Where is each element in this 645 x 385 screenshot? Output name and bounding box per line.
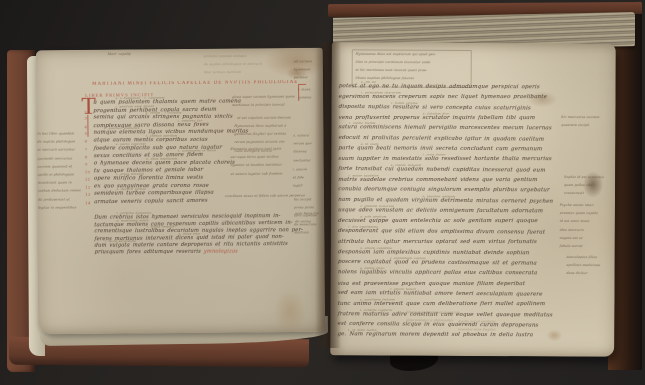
margin-gloss-line: negata est ut bbox=[559, 236, 598, 241]
margin-gloss-line: hic mercurius uxorem bbox=[561, 115, 600, 120]
interlinear-gloss: i. iovis frater bbox=[423, 153, 446, 157]
verse-number: 3 bbox=[84, 116, 87, 121]
margin-gloss-line: id est amor tenet bbox=[559, 220, 598, 225]
faded-annotation-line: liber primus martiani bbox=[204, 71, 263, 76]
margin-gloss-line: prosa primi bbox=[294, 206, 317, 211]
margin-gloss-line: libri capellae bbox=[294, 214, 317, 219]
gloss-note-line: interpretatur a philosophis bbox=[406, 319, 460, 324]
interlinear-gloss: i. amore teneri bbox=[390, 287, 416, 291]
margin-gloss-line: In hoc libro quaedam bbox=[37, 132, 68, 137]
margin-gloss-line: id est copulam sacram deorum bbox=[237, 116, 291, 121]
interlinear-gloss: i. vigilia hiemis bbox=[349, 122, 376, 126]
script-text: edocuit ni prolixitas perculerit explica… bbox=[338, 135, 544, 143]
script-text: vena profluxerint properus scrutator inq… bbox=[338, 115, 535, 121]
interlinear-gloss: i. fontis origine bbox=[391, 101, 418, 105]
left-margin-gloss: In hoc libro quaedamde nuptiis philologi… bbox=[37, 132, 94, 214]
margin-gloss-line: pertinet bbox=[294, 76, 313, 81]
script-text: satura comminiscens hiemali pervigilio m… bbox=[338, 125, 552, 132]
margin-gloss-line: rerum que bbox=[293, 142, 312, 147]
interlinear-gloss: s. fili mi bbox=[361, 80, 376, 84]
margin-gloss-line: dii probaverunt ut bbox=[38, 197, 69, 202]
margin-gloss-line: monstravit quam in bbox=[38, 181, 69, 186]
margin-gloss-line: pretatur quam cupido bbox=[560, 212, 599, 217]
margin-gloss-line: aer aqua terra quae vicibus bbox=[230, 155, 282, 160]
gloss-note-line: Apollo sol et veritatis bbox=[458, 320, 496, 325]
script-text: forte transibat cui quaedam nubendi cupi… bbox=[338, 166, 546, 174]
left-page-parchment: Mart· capellȩ probatio pennae antiquade … bbox=[36, 48, 325, 334]
script-text: suum iuppiter in maiestatis solio resedi… bbox=[338, 156, 552, 162]
margin-gloss-line: Elementa quattuor sunt ignis bbox=[230, 147, 282, 152]
script-text: matris suadelae crebrius commonebant vid… bbox=[338, 177, 538, 183]
interlinear-gloss: i. carmina hymenaei bbox=[116, 211, 151, 215]
interlinear-gloss: i. coniungens in unum bbox=[178, 149, 217, 153]
prose-text-block: i. carmina hymenaeiDum crebrius istos hy… bbox=[94, 213, 303, 257]
margin-gloss-line: apollinis medicinae bbox=[566, 264, 600, 269]
verse-number: 4 bbox=[84, 124, 87, 129]
margin-gloss-line: et mercurii narrantur bbox=[37, 148, 68, 153]
interlinear-gloss: s. in delia lustra bbox=[348, 329, 377, 333]
verse-number: 2 bbox=[84, 109, 87, 114]
script-text: egersimon noscens creperum sapis nec liq… bbox=[338, 94, 547, 100]
shelfmark-text: Mart· capellȩ bbox=[107, 52, 131, 57]
margin-gloss-line: hic incipit bbox=[294, 198, 317, 203]
margin-gloss-line: hymenaei bbox=[294, 68, 313, 73]
margin-gloss-line: iugali bbox=[293, 184, 308, 189]
margin-gloss-block: hic mercurius uxoremquaerere incipit bbox=[561, 115, 632, 132]
faded-annotation-line: de nuptiis philologiae et mercurii bbox=[204, 62, 263, 67]
margin-gloss-line: camena bbox=[298, 96, 312, 101]
script-text: potest at ego ne tu inquam desipis admod… bbox=[339, 83, 540, 90]
interlinear-gloss: i. ornas mirabili bbox=[116, 172, 144, 176]
margin-gloss-line: ligantur ut mundus maritetur bbox=[230, 163, 282, 168]
script-text: atque auram mentis corporibus socias bbox=[93, 137, 207, 144]
margin-gloss-line: Aesculapius filius bbox=[566, 255, 600, 260]
margin-gloss-line: et natura iugetur sub foedere bbox=[230, 172, 282, 177]
script-text: tunc animo intervenit quae cum deliberat… bbox=[337, 301, 545, 307]
interlinear-gloss: i. maiae suadelae bbox=[348, 174, 378, 178]
script-text: decuisset quippe quam entelechia ac sole… bbox=[338, 218, 538, 224]
margin-gloss-line: i. amore bbox=[292, 168, 307, 173]
margin-gloss-line: quomodo mercurius bbox=[37, 157, 68, 162]
margin-gloss-line: nectuntur bbox=[293, 158, 312, 163]
interlinear-gloss: i. consilia conferre bbox=[360, 308, 393, 312]
rubric-title-line: MARTIANI MINEI FELICIS CAPELLAE DE NVPTI… bbox=[92, 80, 314, 87]
interlinear-gloss: s. deus nuptiarum bbox=[146, 157, 177, 161]
margin-gloss-line: legitur in sequentibus bbox=[38, 206, 69, 211]
margin-gloss-line: de senectute bbox=[294, 222, 317, 227]
gloss-note-line: inventor esse fingitur bbox=[458, 328, 496, 333]
script-text: semina qui arcanis stringens pugnantia v… bbox=[93, 114, 233, 121]
margin-gloss-line: quaerere incipit bbox=[561, 124, 600, 129]
margin-gloss-line: et fide bbox=[293, 176, 308, 181]
prose-line: priusquam fores aditumque reseraris ymno… bbox=[94, 249, 303, 257]
script-text: parte quam beati nemoris invii secreta c… bbox=[338, 145, 542, 152]
margin-gloss-line: caelum deductam omnes bbox=[38, 189, 69, 194]
interlinear-gloss: i. nugas ineptas bbox=[147, 225, 175, 229]
right-page-parchment: Hymenaeus deus est nuptiarum qui apud ge… bbox=[330, 42, 616, 356]
verse-text-block: s. o hymenaee · i. canentemu quem psalle… bbox=[93, 98, 249, 206]
interlinear-gloss: i. sapientiam castam bbox=[390, 256, 426, 260]
interlinear-gloss: s. amore cupidinis bbox=[360, 246, 392, 250]
interlinear-gloss: i. dos amplissima bbox=[348, 225, 378, 229]
script-text: tu quoque thalamos et geniale iubar bbox=[94, 167, 204, 174]
prose-line: s. pallas virgonolens iugalibus vinculis… bbox=[337, 269, 553, 280]
script-text: sed eam iam virtutis nuntiabat amore ten… bbox=[337, 290, 542, 298]
margin-gloss-block: Psyche anima inter-pretatur quam cupidoi… bbox=[560, 203, 631, 252]
script-text: ex quo sanguineae grata corona rosae bbox=[94, 182, 209, 189]
interlinear-gloss: s. psychen animam bbox=[422, 194, 455, 198]
script-text: poscere cogitabat quod ea prudens castis… bbox=[338, 259, 537, 267]
margin-gloss-line: glosa super carmen hymenaei quem bbox=[232, 95, 295, 100]
main-text-block: s. fili mipotest at ego ne tu inquam des… bbox=[337, 83, 553, 343]
gloss-note-line: tiles in principio carminum invocatur un… bbox=[355, 60, 416, 65]
script-text: semideum turbae comparibusque illapsa bbox=[94, 190, 214, 197]
interlinear-gloss: i. amplexu tuo bbox=[178, 119, 203, 123]
interlinear-gloss: s. in caelo bbox=[361, 142, 379, 146]
script-text: usque adeo venustam ac deliciis omnigenu… bbox=[338, 207, 544, 214]
interlinear-gloss: s. fabulam dico bbox=[423, 112, 450, 116]
margin-gloss-line: uxorem quaesivit et bbox=[37, 165, 68, 170]
interlinear-gloss: s. sole genitam bbox=[360, 215, 386, 219]
gutter-shadow bbox=[315, 42, 341, 348]
script-text: attributa hanc igitur mercurius optarat … bbox=[338, 239, 538, 245]
script-text: priusquam fores aditumque reseraris bbox=[94, 249, 204, 256]
margin-gloss-line: rerum pugnantia arcanis vin- bbox=[234, 140, 286, 145]
margin-gloss-line: gentilibus fingitur qui semina bbox=[234, 132, 286, 137]
margin-gloss-line: apollo ei philologiam bbox=[37, 173, 68, 178]
interlinear-gloss: i. animae spiritum bbox=[146, 134, 178, 138]
interlinear-gloss: i. principium obscurum bbox=[361, 91, 401, 95]
faded-annotation-line: probatio pennae antiqua bbox=[203, 54, 262, 59]
script-text: nolens iugalibus vinculis applicari pall… bbox=[338, 269, 538, 276]
script-text: visa est praevenisse psychen quoque mani… bbox=[337, 280, 525, 286]
script-text: opere mirifico florentia limina vestis bbox=[94, 175, 204, 182]
margin-gloss-line: fabula narrat bbox=[559, 244, 598, 249]
interlinear-gloss: s. apollinem fratrem bbox=[360, 298, 395, 302]
margin-gloss-line: deus dicitur bbox=[566, 272, 600, 277]
red-script-text: ymnologizas bbox=[204, 249, 239, 255]
interlinear-gloss: s. cupido nubendi bbox=[391, 163, 422, 167]
bottom-gloss-note: Apollo sol et veritatisinventor esse fin… bbox=[458, 320, 528, 337]
parchment-stain bbox=[273, 288, 307, 334]
interlinear-gloss: s. pacto concordi bbox=[116, 142, 146, 146]
margin-gloss-line: ideo mercurio bbox=[559, 228, 598, 233]
interlinear-gloss: i. genitum esse dicunt bbox=[116, 104, 155, 108]
margin-gloss-block: Sophia id est sapientiaquam pallas sibic… bbox=[564, 175, 638, 200]
interlinear-gloss: i. more sacerdotis bbox=[105, 240, 136, 244]
script-text: conubia deorumque coniugia singulorum ex… bbox=[338, 187, 550, 194]
script-text: desponderant que sibi etiam dos amplissi… bbox=[338, 228, 546, 236]
script-text: armatae veneris copula sancit amores bbox=[94, 198, 208, 205]
margin-gloss-line: Sophia id est sapientia bbox=[564, 175, 604, 180]
margin-gloss-line: Psyche anima inter- bbox=[560, 203, 599, 208]
margin-gloss-line: quam pallas sibi bbox=[564, 184, 604, 189]
margin-gloss-block: Aesculapius filiusapollinis medicinaedeu… bbox=[567, 255, 630, 280]
interlinear-gloss: s. filius eius bbox=[179, 232, 200, 236]
margin-gloss-line: martianus in principio invocat bbox=[232, 103, 295, 108]
interlinear-gloss: s. o hymenaee · i. canentem bbox=[115, 96, 164, 100]
margin-gloss-line: Hymenaeus deus nuptiarum a bbox=[234, 124, 286, 129]
margin-gloss-line: consecravit bbox=[564, 192, 604, 197]
script-text: disposita nuptias resultare si vero conc… bbox=[338, 104, 531, 112]
interlinear-gloss: s. rerum · i. occultis bbox=[146, 111, 182, 115]
interlinear-gloss: s. quattuor elementa bbox=[104, 127, 140, 131]
interlinear-gloss: s. deorum turbae bbox=[116, 187, 146, 191]
gloss-note-line: Hymenaeus deus est nuptiarum qui apud ge… bbox=[355, 52, 416, 57]
margin-gloss-line: martiani bbox=[294, 231, 317, 236]
margin-gloss-line: ad carmen bbox=[294, 60, 313, 65]
interlinear-gloss: i. omnium bonorum bbox=[360, 204, 394, 208]
manuscript-photo: Mart· capellȩ probatio pennae antiquade … bbox=[0, 0, 645, 385]
interlinear-gloss: s. martianus senex bbox=[116, 219, 149, 223]
margin-gloss-line: s. natura bbox=[293, 134, 312, 139]
margin-gloss-line: de nuptiis philologiae bbox=[37, 140, 68, 145]
gloss-note-line: et hic martianus eum invocat quasi prae- bbox=[355, 68, 416, 73]
margin-gloss-line: dissona bbox=[293, 150, 312, 155]
gloss-note-line: Mercurius sermo vel ingenium bbox=[406, 311, 460, 316]
margin-gloss-line: i. musa bbox=[298, 88, 312, 93]
interlinear-gloss: s. pallas virgo bbox=[360, 267, 385, 271]
